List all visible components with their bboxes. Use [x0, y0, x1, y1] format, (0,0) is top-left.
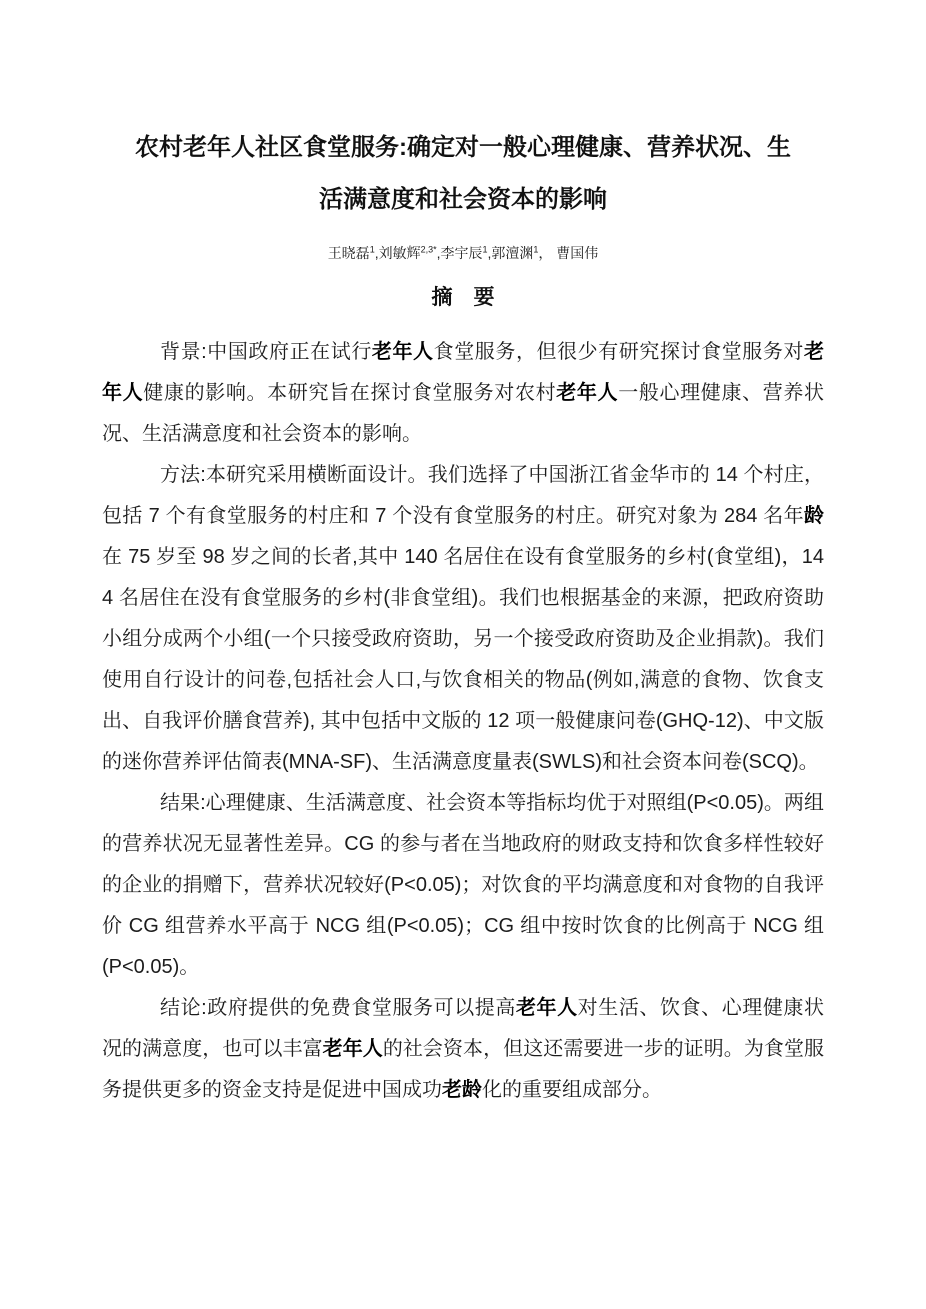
text-segment: 结论:政府提供的免费食堂服务可以提高: [160, 997, 516, 1019]
text-segment: 食堂服务，但很少有研究探讨食堂服务对: [434, 341, 804, 363]
text-segment: 在 75 岁至 98 岁之间的长者,其中 140 名居住在设有食堂服务的乡村(食…: [102, 546, 824, 773]
text-segment: 背景:中国政府正在试行: [160, 341, 372, 363]
paper-title: 农村老年人社区食堂服务:确定对一般心理健康、营养状况、生 活满意度和社会资本的影…: [102, 122, 824, 226]
paper-title-line-1: 农村老年人社区食堂服务:确定对一般心理健康、营养状况、生: [102, 122, 824, 174]
text-segment: 王晓磊: [328, 245, 370, 261]
text-segment: 健康的影响。本研究旨在探讨食堂服务对农村: [143, 382, 556, 404]
abstract-heading: 摘 要: [102, 282, 824, 314]
bold-text-segment: 老年人: [372, 341, 434, 363]
abstract-document-page: 农村老年人社区食堂服务:确定对一般心理健康、营养状况、生 活满意度和社会资本的影…: [0, 0, 926, 1309]
document-content: 农村老年人社区食堂服务:确定对一般心理健康、营养状况、生 活满意度和社会资本的影…: [0, 0, 926, 1111]
bold-text-segment: 老年人: [556, 382, 618, 404]
paragraph-conclusion: 结论:政府提供的免费食堂服务可以提高老年人对生活、饮食、心理健康状况的满意度，也…: [102, 988, 824, 1111]
authors-line: 王晓磊1,刘敏辉2,3*,李宇辰1,郭澶渊1， 曹国伟: [102, 242, 824, 264]
author-superscript: 2,3*: [421, 245, 437, 255]
bold-text-segment: 老龄: [442, 1079, 482, 1101]
abstract-body: 背景:中国政府正在试行老年人食堂服务，但很少有研究探讨食堂服务对老年人健康的影响…: [102, 332, 824, 1111]
text-segment: 方法:本研究采用横断面设计。我们选择了中国浙江省金华市的 14 个村庄，包括 7…: [102, 464, 824, 527]
paragraph-results: 结果:心理健康、生活满意度、社会资本等指标均优于对照组(P<0.05)。两组的营…: [102, 783, 824, 988]
paragraph-background: 背景:中国政府正在试行老年人食堂服务，但很少有研究探讨食堂服务对老年人健康的影响…: [102, 332, 824, 455]
text-segment: 化的重要组成部分。: [482, 1079, 662, 1101]
text-segment: ,刘敏辉: [375, 245, 421, 261]
bold-text-segment: 龄: [804, 505, 824, 527]
paper-title-line-2: 活满意度和社会资本的影响: [102, 174, 824, 226]
text-segment: ,李宇辰: [437, 245, 483, 261]
text-segment: ， 曹国伟: [538, 245, 598, 261]
text-segment: 结果:心理健康、生活满意度、社会资本等指标均优于对照组(P<0.05)。两组的营…: [102, 792, 824, 978]
bold-text-segment: 老年人: [516, 997, 578, 1019]
paragraph-methods: 方法:本研究采用横断面设计。我们选择了中国浙江省金华市的 14 个村庄，包括 7…: [102, 455, 824, 783]
bold-text-segment: 老年人: [323, 1038, 383, 1060]
text-segment: ,郭澶渊: [488, 245, 534, 261]
